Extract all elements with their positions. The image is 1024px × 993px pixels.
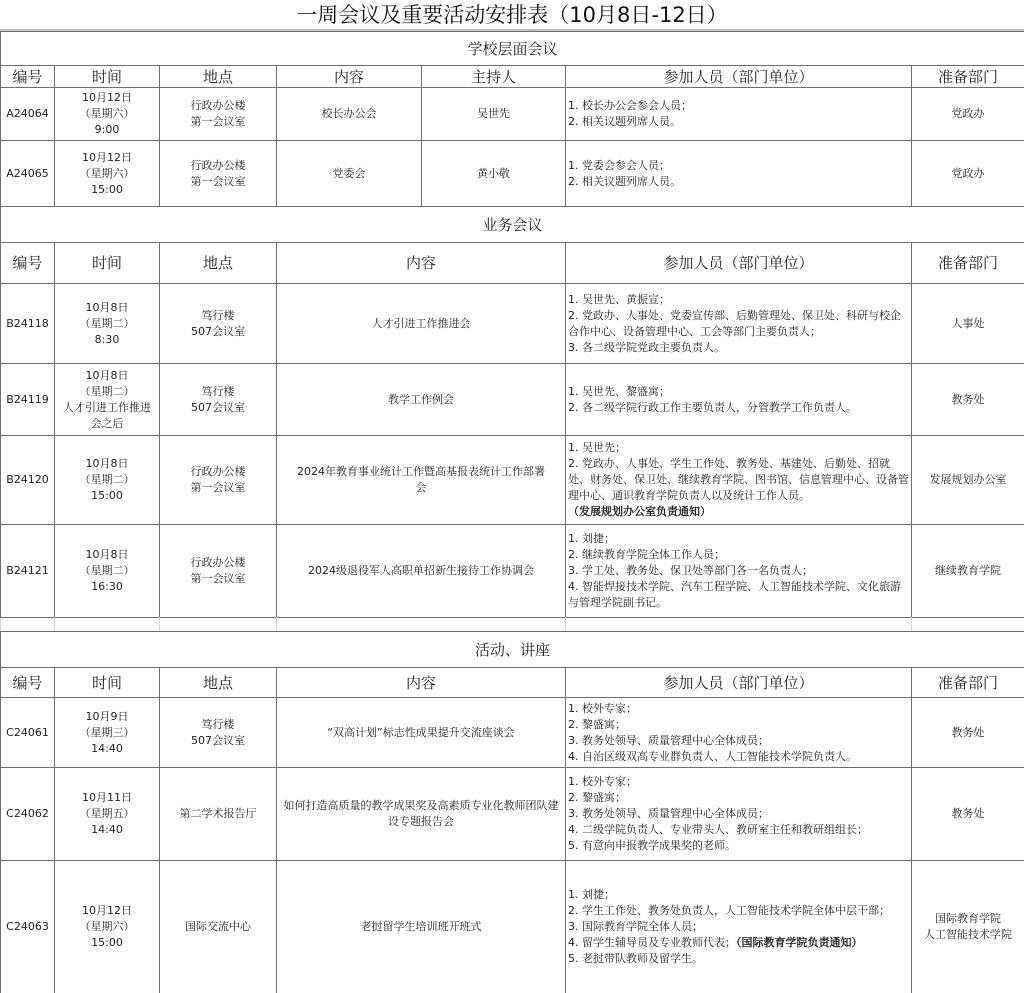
row-place: 笃行楼 507会议室 [160,364,277,436]
row-place: 行政办公楼 第一会议室 [160,525,277,618]
col-header-dept: 准备部门 [912,66,1024,88]
activities-lectures-table: 活动、讲座 编号 时间 地点 内容 参加人员（部门单位） 准备部门 C24061… [0,617,1024,993]
col-header-time: 时间 [55,243,160,284]
table-row: A24064 10月12日 （星期六） 9:00 行政办公楼 第一会议室 校长办… [1,88,1024,141]
row-id: C24061 [1,698,55,768]
row-id: A24065 [1,141,55,207]
table-row: A24065 10月12日 （星期六） 15:00 行政办公楼 第一会议室 党委… [1,141,1024,207]
row-id: C24063 [1,861,55,993]
row-attendees: 1. 吴世先、黄振宣； 2. 党政办、人事处、党委宣传部、后勤管理处、保卫处、科… [566,284,912,364]
col-header-dept: 准备部门 [912,243,1024,284]
attendee-line: 2. 相关议题列席人员。 [568,174,909,190]
section-title: 活动、讲座 [1,632,1024,668]
row-dept: 继续教育学院 [912,525,1024,618]
attendee-line: 1. 吴世先、黄振宣； [568,292,909,308]
row-attendees: 1. 校长办公会参会人员； 2. 相关议题列席人员。 [566,88,912,141]
attendee-line: 1. 党委会参会人员； [568,158,909,174]
row-place: 国际交流中心 [160,861,277,993]
col-header-id: 编号 [1,243,55,284]
row-id: A24064 [1,88,55,141]
page-title: 一周会议及重要活动安排表（10月8日-12日） [0,0,1024,31]
row-dept: 党政办 [912,88,1024,141]
attendee-line: 2. 黎盛寓； [568,790,909,806]
row-attendees: 1. 校外专家； 2. 黎盛寓； 3. 教务处领导、质量管理中心全体成员； 4.… [566,698,912,768]
col-header-content: 内容 [277,66,422,88]
row-content: 人才引进工作推进会 [277,284,566,364]
attendee-line: 2. 继续教育学院全体工作人员； [568,547,909,563]
row-dept: 教务处 [912,364,1024,436]
col-header-attendees: 参加人员（部门单位） [566,668,912,698]
row-content: 党委会 [277,141,422,207]
attendee-line: 1. 吴世先、黎盛寓； [568,384,909,400]
row-content: “双高计划”标志性成果提升交流座谈会 [277,698,566,768]
row-attendees: 1. 党委会参会人员； 2. 相关议题列席人员。 [566,141,912,207]
spacer-row [1,618,1024,632]
attendee-line: 2. 党政办、人事处、学生工作处、教务处、基建处、后勤处、招就处、财务处、保卫处… [568,456,909,504]
attendee-line: 1. 校外专家； [568,774,909,790]
attendee-line: 4. 留学生辅导员及专业教师代表；（国际教育学院负责通知） [568,935,909,951]
row-time: 10月8日 （星期二） 人才引进工作推进 会之后 [55,364,160,436]
row-time: 10月9日 （星期三） 14:40 [55,698,160,768]
row-id: B24120 [1,436,55,525]
attendee-line: 1. 校长办公会参会人员； [568,98,909,114]
col-header-dept: 准备部门 [912,668,1024,698]
row-time: 10月12日 （星期六） 15:00 [55,141,160,207]
row-id: B24121 [1,525,55,618]
row-content: 教学工作例会 [277,364,566,436]
attendee-line: 2. 黎盛寓； [568,717,909,733]
row-time: 10月8日 （星期二） 8:30 [55,284,160,364]
row-time: 10月12日 （星期六） 15:00 [55,861,160,993]
row-place: 行政办公楼 第一会议室 [160,141,277,207]
attendee-line: 5. 老挝带队教师及留学生。 [568,951,909,967]
row-place: 笃行楼 507会议室 [160,698,277,768]
row-dept: 发展规划办公室 [912,436,1024,525]
col-header-content: 内容 [277,243,566,284]
attendee-line: 3. 教务处领导、质量管理中心全体成员； [568,806,909,822]
attendee-line: 1. 刘捷； [568,531,909,547]
attendee-line: 2. 学生工作处、教务处负责人，人工智能技术学院全体中层干部； [568,903,909,919]
notify-note: （发展规划办公室负责通知） [568,504,909,520]
row-id: B24119 [1,364,55,436]
row-place: 笃行楼 507会议室 [160,284,277,364]
table-row: C24062 10月11日 （星期五） 14:40 第二学术报告厅 如何打造高质… [1,768,1024,861]
row-place: 行政办公楼 第一会议室 [160,88,277,141]
attendee-line: 2. 相关议题列席人员。 [568,114,909,130]
row-host: 黄小敬 [422,141,566,207]
row-host: 吴世先 [422,88,566,141]
row-dept: 教务处 [912,768,1024,861]
attendee-line: 3. 教务处领导、质量管理中心全体成员； [568,733,909,749]
col-header-id: 编号 [1,66,55,88]
table-row: B24121 10月8日 （星期二） 16:30 行政办公楼 第一会议室 202… [1,525,1024,618]
col-header-time: 时间 [55,66,160,88]
attendee-line: 3. 国际教育学院全体人员； [568,919,909,935]
table-row: B24120 10月8日 （星期二） 15:00 行政办公楼 第一会议室 202… [1,436,1024,525]
business-meetings-table: 业务会议 编号 时间 地点 内容 参加人员（部门单位） 准备部门 B24118 … [0,206,1024,618]
col-header-content: 内容 [277,668,566,698]
table-row: C24063 10月12日 （星期六） 15:00 国际交流中心 老挝留学生培训… [1,861,1024,993]
col-header-time: 时间 [55,668,160,698]
col-header-place: 地点 [160,668,277,698]
col-header-id: 编号 [1,668,55,698]
table-row: B24118 10月8日 （星期二） 8:30 笃行楼 507会议室 人才引进工… [1,284,1024,364]
col-header-place: 地点 [160,243,277,284]
attendee-line: 2. 党政办、人事处、党委宣传部、后勤管理处、保卫处、科研与校企合作中心、设备管… [568,308,909,340]
col-header-attendees: 参加人员（部门单位） [566,243,912,284]
table-row: B24119 10月8日 （星期二） 人才引进工作推进 会之后 笃行楼 507会… [1,364,1024,436]
attendee-line: 3. 各二级学院党政主要负责人。 [568,340,909,356]
section-title: 学校层面会议 [1,32,1024,66]
attendee-line: 1. 吴世先； [568,440,909,456]
col-header-attendees: 参加人员（部门单位） [566,66,912,88]
attendee-line: 1. 刘捷； [568,887,909,903]
row-content: 2024级退役军人高职单招新生接待工作协调会 [277,525,566,618]
row-attendees: 1. 吴世先； 2. 党政办、人事处、学生工作处、教务处、基建处、后勤处、招就处… [566,436,912,525]
row-place: 第二学术报告厅 [160,768,277,861]
row-time: 10月12日 （星期六） 9:00 [55,88,160,141]
col-header-place: 地点 [160,66,277,88]
row-id: B24118 [1,284,55,364]
row-attendees: 1. 刘捷； 2. 学生工作处、教务处负责人，人工智能技术学院全体中层干部； 3… [566,861,912,993]
attendee-line: 1. 校外专家； [568,701,909,717]
row-content: 如何打造高质量的教学成果奖及高素质专业化教师团队建设专题报告会 [277,768,566,861]
row-content: 校长办公会 [277,88,422,141]
attendee-text: 4. 留学生辅导员及专业教师代表； [568,936,736,949]
row-attendees: 1. 校外专家； 2. 黎盛寓； 3. 教务处领导、质量管理中心全体成员； 4.… [566,768,912,861]
attendee-line: 2. 各二级学院行政工作主要负责人，分管教学工作负责人。 [568,400,909,416]
attendee-line: 4. 智能焊接技术学院、汽车工程学院、人工智能技术学院、文化旅游与管理学院副书记… [568,579,909,611]
row-dept: 党政办 [912,141,1024,207]
section-title: 业务会议 [1,207,1024,243]
attendee-line: 4. 二级学院负责人、专业带头人、教研室主任和教研组组长； [568,822,909,838]
row-content: 2024年教育事业统计工作暨高基报表统计工作部署会 [277,436,566,525]
row-time: 10月8日 （星期二） 15:00 [55,436,160,525]
row-attendees: 1. 刘捷； 2. 继续教育学院全体工作人员； 3. 学工处、教务处、保卫处等部… [566,525,912,618]
school-level-meetings-table: 学校层面会议 编号 时间 地点 内容 主持人 参加人员（部门单位） 准备部门 A… [0,31,1024,207]
row-content: 老挝留学生培训班开班式 [277,861,566,993]
table-row: C24061 10月9日 （星期三） 14:40 笃行楼 507会议室 “双高计… [1,698,1024,768]
row-dept: 人事处 [912,284,1024,364]
attendee-line: 5. 有意向申报教学成果奖的老师。 [568,838,909,854]
row-id: C24062 [1,768,55,861]
attendee-line: 4. 自治区级双高专业群负责人、人工智能技术学院负责人。 [568,749,909,765]
notify-note: （国际教育学院负责通知） [736,936,863,949]
row-dept: 国际教育学院 人工智能技术学院 [912,861,1024,993]
col-header-host: 主持人 [422,66,566,88]
row-place: 行政办公楼 第一会议室 [160,436,277,525]
row-attendees: 1. 吴世先、黎盛寓； 2. 各二级学院行政工作主要负责人，分管教学工作负责人。 [566,364,912,436]
row-dept: 教务处 [912,698,1024,768]
row-time: 10月11日 （星期五） 14:40 [55,768,160,861]
row-time: 10月8日 （星期二） 16:30 [55,525,160,618]
attendee-line: 3. 学工处、教务处、保卫处等部门各一名负责人； [568,563,909,579]
